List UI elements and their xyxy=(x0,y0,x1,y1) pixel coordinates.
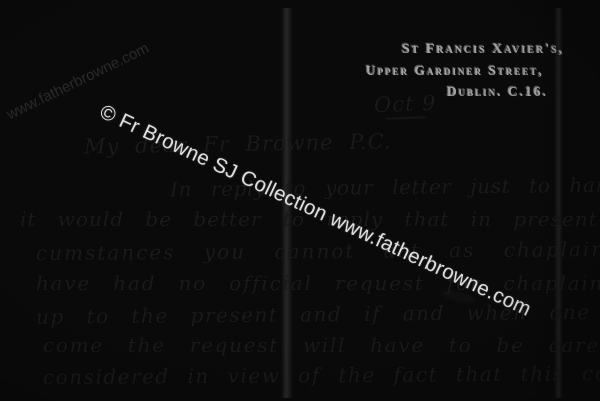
handwritten-date: Oct 9 xyxy=(374,93,437,116)
body-line: come the request will have to be careful… xyxy=(43,335,600,355)
body-line: cumstances you cannot act as chaplain. I xyxy=(36,239,600,263)
letterhead-line-3: Dublin. C.16. xyxy=(447,84,548,100)
letterhead-line-1: St Francis Xavier's, xyxy=(402,42,564,58)
letterhead-line-2: Upper Gardiner Street, xyxy=(366,63,544,79)
photo-frame: St Francis Xavier's, Upper Gardiner Stre… xyxy=(0,0,600,401)
body-line: considered in view of the fact that this… xyxy=(43,363,600,387)
